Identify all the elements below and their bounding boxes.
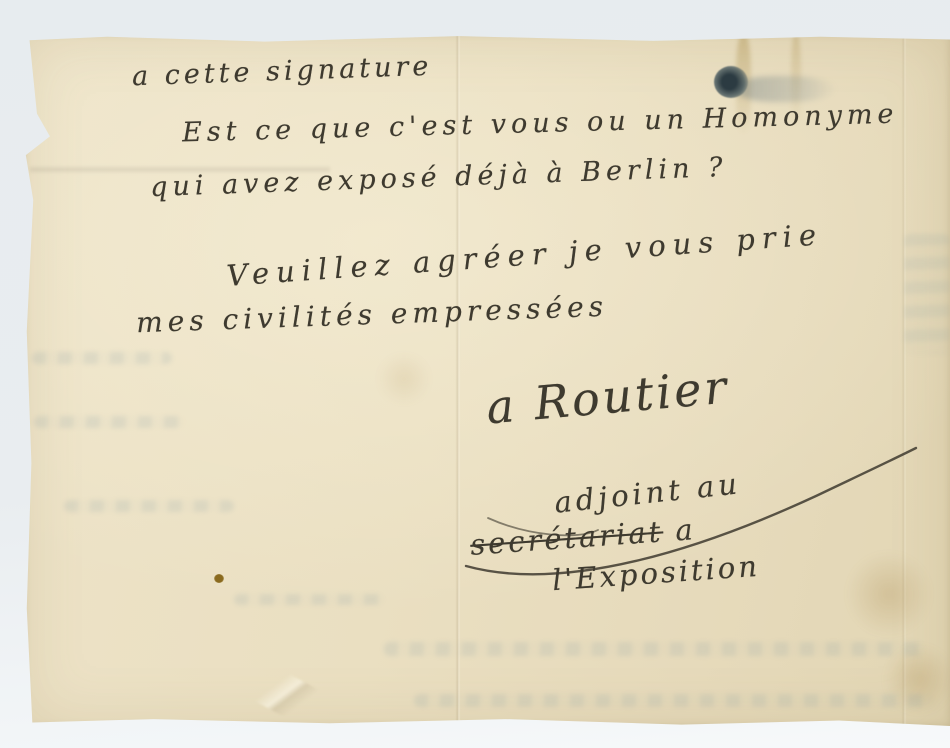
bleed-through-ghost-line xyxy=(414,694,934,707)
bleed-through-ghost-line xyxy=(904,234,950,354)
handwritten-line: a cette signature xyxy=(132,51,433,92)
bleed-through-ghost-line xyxy=(34,416,184,428)
bottom-crease xyxy=(222,648,347,740)
scanned-letter: a cette signature Est ce que c'est vous … xyxy=(0,0,950,748)
paper-sheet: a cette signature Est ce que c'est vous … xyxy=(24,34,950,726)
postscript-line: adjoint au xyxy=(553,466,743,519)
bleed-through-ghost-line xyxy=(64,500,234,512)
handwritten-line: Veuillez agréer je vous prie xyxy=(226,217,825,293)
bleed-through-ghost-line xyxy=(234,594,384,605)
bleed-through-ghost-line xyxy=(32,352,172,364)
signature: a Routier xyxy=(484,359,731,434)
ink-blot xyxy=(714,66,748,98)
ink-smear xyxy=(736,76,836,102)
struck-word: secrétariat xyxy=(469,514,664,561)
handwritten-line: mes civilités empressées xyxy=(136,290,609,339)
foxing-stain xyxy=(374,354,434,404)
postscript-line: secrétariat a xyxy=(469,512,697,562)
foxing-stain xyxy=(844,554,934,634)
postscript-word: a xyxy=(674,512,697,547)
postscript-line: l'Exposition xyxy=(551,549,761,597)
bleed-through-ghost-line xyxy=(384,642,924,656)
handwritten-line: qui avez exposé déjà à Berlin ? xyxy=(150,152,728,203)
handwritten-line: Est ce que c'est vous ou un Homonyme xyxy=(182,99,899,149)
brown-spot xyxy=(214,574,224,583)
